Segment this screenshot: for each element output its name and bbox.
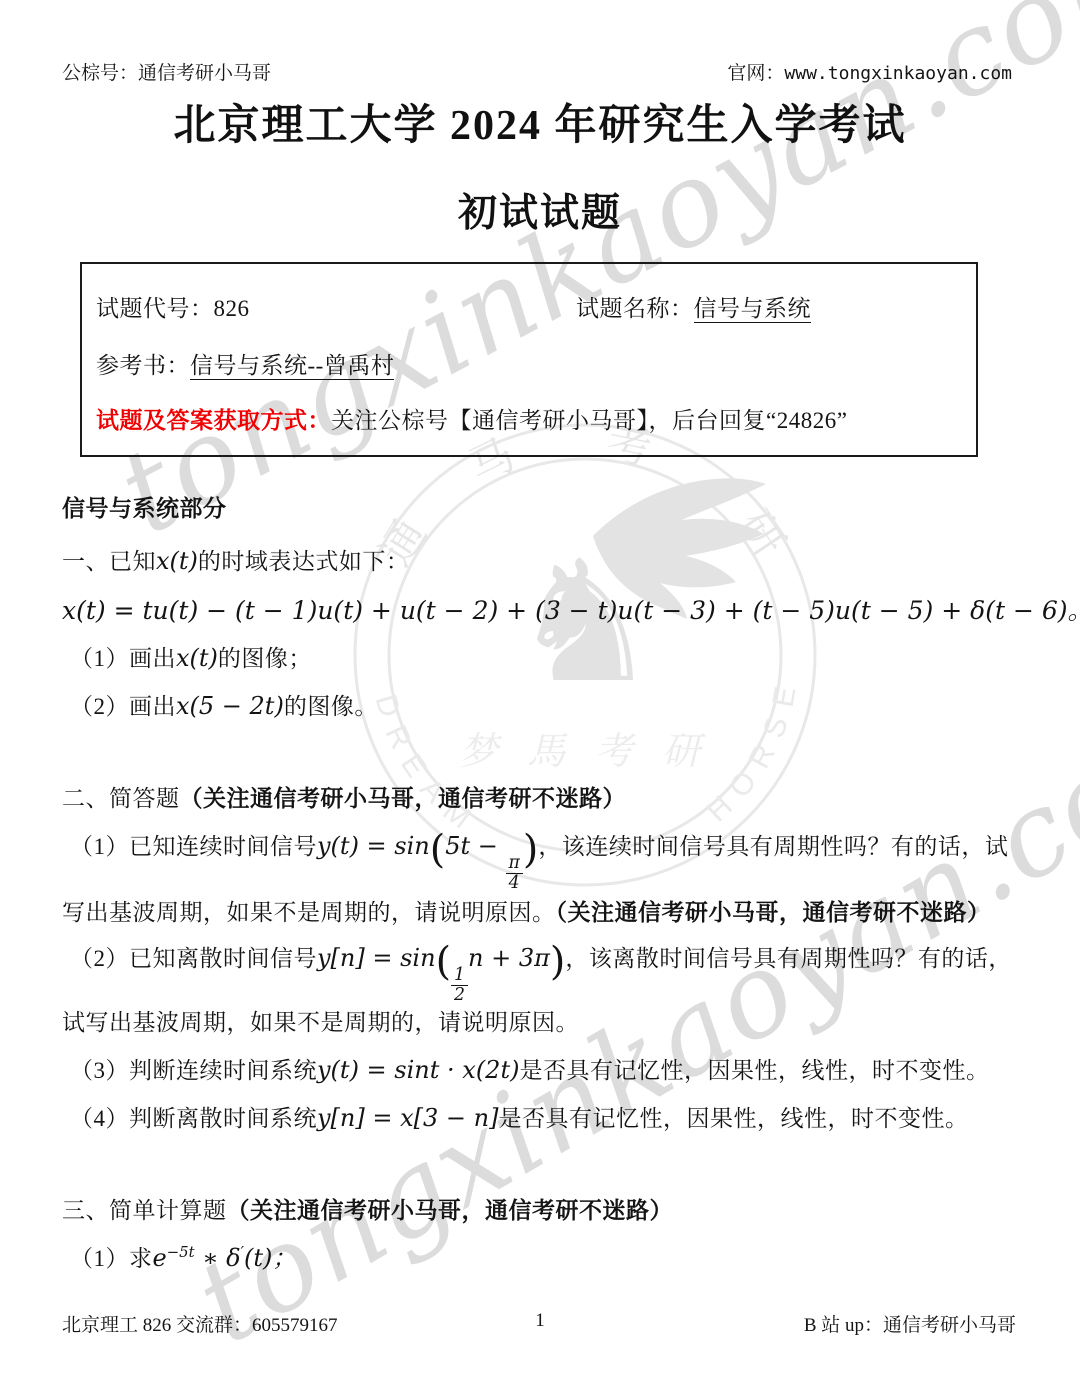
q2-item-1-line2: 写出基波周期，如果不是周期的，请说明原因。（关注通信考研小马哥，通信考研不迷路）: [62, 894, 991, 927]
q1-item2-math: x(5 − 2t): [176, 692, 284, 720]
exam-name-label: 试题名称：: [576, 296, 694, 321]
q1-item-1: （1）画出x(t)的图像；: [70, 640, 312, 673]
document-content: 公棕号：通信考研小马哥 官网：www.tongxinkaoyan.com 北京理…: [0, 0, 1080, 1398]
q2-item3-text-2: 是否具有记忆性，因果性，线性，时不变性。: [519, 1058, 989, 1083]
exam-name: 试题名称：信号与系统: [576, 290, 811, 323]
reference-book: 参考书：信号与系统--曾禹村: [96, 347, 394, 380]
q2-item-2: （2）已知离散时间信号y[n] = sin(12n + 3π)，该离散时间信号具…: [70, 940, 1012, 1006]
q2-item-1: （1）已知连续时间信号y(t) = sin(5t − π4)，该连续时间信号具有…: [70, 828, 1008, 894]
q2-item-2-line2: 试写出基波周期，如果不是周期的，请说明原因。: [62, 1004, 579, 1037]
q2-item1-line2-promo: （关注通信考研小马哥，通信考研不迷路）: [556, 900, 991, 925]
q2-item1-text-2: ，该连续时间信号具有周期性吗？有的话，试: [538, 834, 1008, 859]
page-title-line2: 初试试题: [0, 182, 1080, 238]
q3-head-text: 三、简单计算题: [62, 1198, 227, 1223]
q3-math-operator: ∗ δ: [195, 1244, 241, 1272]
page-header-right: 官网：www.tongxinkaoyan.com: [727, 58, 1012, 85]
q3-item1-math: e−5t ∗ δ′(t)；: [153, 1244, 297, 1272]
question-1-heading: 一、已知x(t)的时域表达式如下：: [62, 543, 409, 576]
q1-formula: x(t) = tu(t) − (t − 1)u(t) + u(t − 2) + …: [62, 591, 1080, 627]
question-2-heading: 二、简答题（关注通信考研小马哥，通信考研不迷路）: [62, 780, 626, 813]
official-site-label: 官网：: [727, 63, 784, 84]
q2-head-text: 二、简答题: [62, 786, 180, 811]
q2-item2-math-inner: n + 3π: [468, 944, 550, 972]
q1-item1-text-2: 的图像；: [218, 646, 312, 671]
q2-item-4: （4）判断离散时间系统y[n] = x[3 − n]是否具有记忆性，因果性，线性…: [70, 1100, 968, 1133]
q1-head-math: x(t): [156, 547, 198, 575]
q1-item2-text-2: 的图像。: [284, 694, 378, 719]
question-3-heading: 三、简单计算题（关注通信考研小马哥，通信考研不迷路）: [62, 1192, 673, 1225]
q2-item2-text-2: ，该离散时间信号具有周期性吗？有的话，: [565, 946, 1012, 971]
q2-head-promo: （关注通信考研小马哥，通信考研不迷路）: [180, 786, 627, 811]
q3-math-base: e: [153, 1244, 167, 1272]
reference-book-label: 参考书：: [96, 353, 190, 378]
q2-item3-math: y(t) = sint · x(2t): [317, 1056, 519, 1084]
q2-item1-line2-text: 写出基波周期，如果不是周期的，请说明原因。: [62, 900, 556, 925]
q2-item1-math-inner: 5t −: [445, 832, 498, 860]
page-title-line1: 北京理工大学 2024 年研究生入学考试: [0, 92, 1080, 152]
exam-paper-page: tongxinkaoyan.com tongxinkaoyan.com 通 马 …: [0, 0, 1080, 1398]
fraction-numerator: 1: [451, 966, 468, 986]
q1-head-text-2: 的时域表达式如下：: [198, 549, 410, 574]
fraction-denominator: 2: [451, 986, 468, 1005]
q1-item-2: （2）画出x(5 − 2t)的图像。: [70, 688, 378, 721]
q1-item2-text: （2）画出: [70, 694, 176, 719]
q3-item-1: （1）求e−5t ∗ δ′(t)；: [70, 1238, 296, 1273]
page-header-left: 公棕号：通信考研小马哥: [62, 58, 271, 85]
fraction-denominator: 4: [506, 874, 523, 893]
left-paren: (: [430, 827, 445, 873]
official-site-url: www.tongxinkaoyan.com: [784, 63, 1012, 84]
q3-math-exponent: −5t: [167, 1243, 195, 1261]
answer-notice: 试题及答案获取方式：关注公棕号【通信考研小马哥】，后台回复“24826”: [96, 402, 847, 435]
right-paren: ): [550, 939, 565, 985]
q2-item4-text-2: 是否具有记忆性，因果性，线性，时不变性。: [498, 1106, 968, 1131]
q2-item1-text: （1）已知连续时间信号: [70, 834, 317, 859]
q3-math-end: (t)；: [244, 1244, 296, 1272]
q1-item1-math: x(t): [176, 644, 218, 672]
q2-item2-math-head: y[n] = sin: [317, 944, 436, 972]
q2-item2-fraction: 12: [451, 966, 468, 1006]
page-footer-right: B 站 up：通信考研小马哥: [804, 1310, 1016, 1337]
fraction-numerator: π: [506, 854, 523, 874]
q2-item1-math: y(t) = sin(5t − π4): [317, 832, 538, 860]
answer-notice-highlight: 试题及答案获取方式：: [96, 408, 331, 433]
reference-book-value: 信号与系统--曾禹村: [190, 353, 394, 380]
left-paren: (: [436, 939, 451, 985]
q2-item1-math-head: y(t) = sin: [317, 832, 430, 860]
exam-code: 试题代号：826: [96, 290, 250, 323]
q3-head-promo: （关注通信考研小马哥，通信考研不迷路）: [227, 1198, 674, 1223]
q2-item-3: （3）判断连续时间系统y(t) = sint · x(2t)是否具有记忆性，因果…: [70, 1052, 989, 1085]
q2-item2-text: （2）已知离散时间信号: [70, 946, 317, 971]
q2-item4-math: y[n] = x[3 − n]: [317, 1104, 498, 1132]
q2-item1-fraction: π4: [506, 854, 523, 894]
q2-item2-math: y[n] = sin(12n + 3π): [317, 944, 565, 972]
q3-item1-text: （1）求: [70, 1246, 153, 1271]
q1-head-text: 一、已知: [62, 549, 156, 574]
q2-item4-text: （4）判断离散时间系统: [70, 1106, 317, 1131]
q2-item3-text: （3）判断连续时间系统: [70, 1058, 317, 1083]
part-title: 信号与系统部分: [62, 490, 227, 523]
exam-name-value: 信号与系统: [694, 296, 812, 323]
q1-item1-text: （1）画出: [70, 646, 176, 671]
answer-notice-text: 关注公棕号【通信考研小马哥】，后台回复“24826”: [331, 408, 847, 433]
right-paren: ): [523, 827, 538, 873]
